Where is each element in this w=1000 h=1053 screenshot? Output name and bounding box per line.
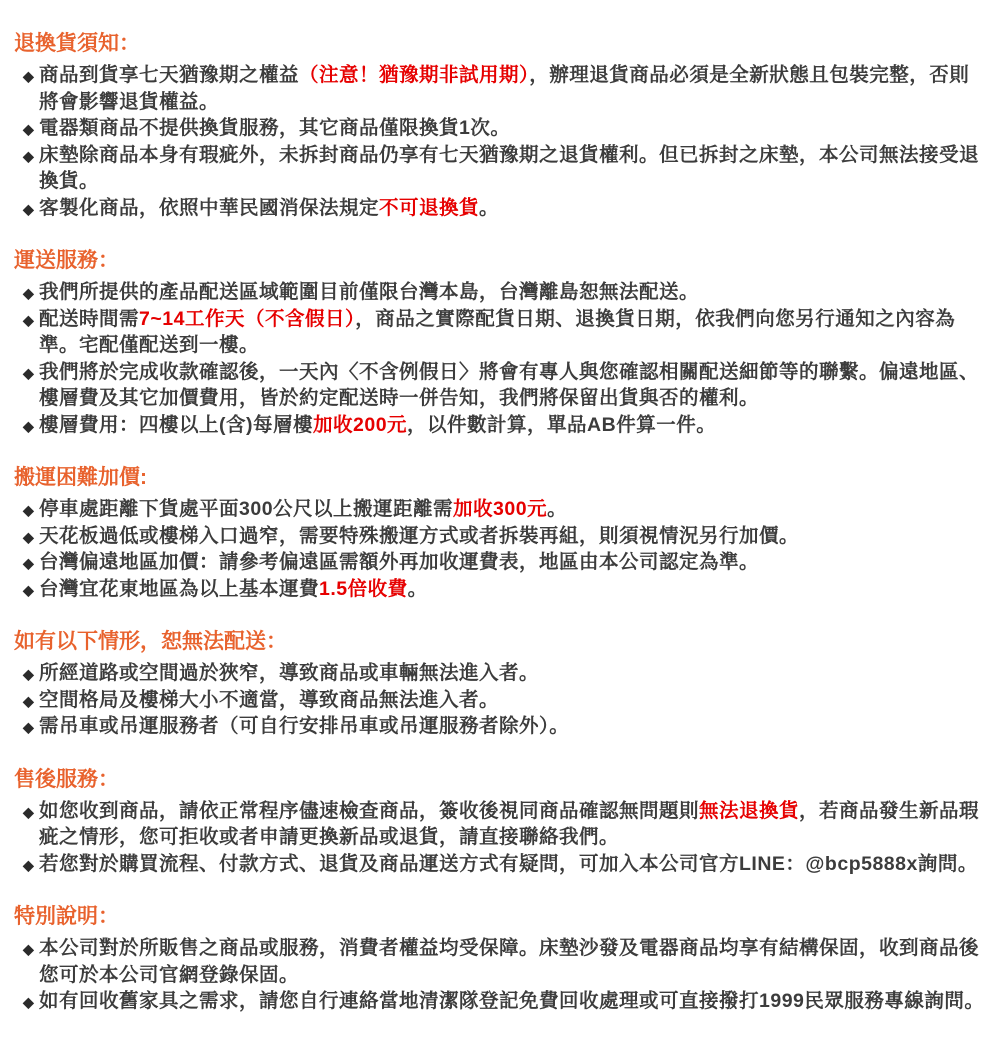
- diamond-bullet-icon: ◆: [23, 799, 34, 826]
- policy-bullet-item: ◆如您收到商品，請依正常程序儘速檢查商品，簽收後視同商品確認無問題則無法退換貨，…: [14, 798, 988, 851]
- return-policy-document: 退換貨須知：◆商品到貨享七天猶豫期之權益（注意！猶豫期非試用期），辦理退貨商品必…: [0, 0, 1000, 1053]
- policy-bullet-item: ◆本公司對於所販售之商品或服務，消費者權益均受保障。床墊沙發及電器商品均享有結構…: [14, 935, 988, 988]
- diamond-bullet-icon: ◆: [23, 577, 34, 604]
- diamond-bullet-icon: ◆: [23, 497, 34, 524]
- policy-bullet-item: ◆若您對於購買流程、付款方式、退貨及商品運送方式有疑問，可加入本公司官方LINE…: [14, 851, 988, 878]
- policy-bullet-item: ◆電器類商品不提供換貨服務，其它商品僅限換貨1次。: [14, 115, 988, 142]
- policy-section: 退換貨須知：◆商品到貨享七天猶豫期之權益（注意！猶豫期非試用期），辦理退貨商品必…: [14, 30, 988, 221]
- diamond-bullet-icon: ◆: [23, 307, 34, 334]
- body-text: 空間格局及樓梯大小不適當，導致商品無法進入者。: [39, 689, 499, 711]
- body-text: 台灣宜花東地區為以上基本運費: [39, 578, 319, 600]
- section-heading: 售後服務：: [14, 766, 988, 793]
- body-text: 所經道路或空間過於狹窄，導致商品或車輛無法進入者。: [39, 662, 539, 684]
- policy-bullet-item: ◆台灣偏遠地區加價：請參考偏遠區需額外再加收運費表，地區由本公司認定為準。: [14, 549, 988, 576]
- policy-bullet-item: ◆商品到貨享七天猶豫期之權益（注意！猶豫期非試用期），辦理退貨商品必須是全新狀態…: [14, 62, 988, 115]
- diamond-bullet-icon: ◆: [23, 280, 34, 307]
- policy-section: 如有以下情形，恕無法配送：◆所經道路或空間過於狹窄，導致商品或車輛無法進入者。◆…: [14, 628, 988, 740]
- policy-sections: 退換貨須知：◆商品到貨享七天猶豫期之權益（注意！猶豫期非試用期），辦理退貨商品必…: [14, 30, 988, 1015]
- body-text: 台灣偏遠地區加價：請參考偏遠區需額外再加收運費表，地區由本公司認定為準。: [39, 551, 759, 573]
- diamond-bullet-icon: ◆: [23, 413, 34, 440]
- diamond-bullet-icon: ◆: [23, 360, 34, 387]
- section-heading: 搬運困難加價:: [14, 464, 988, 491]
- diamond-bullet-icon: ◆: [23, 989, 34, 1016]
- body-text: 。: [479, 197, 499, 219]
- highlighted-text: （注意！猶豫期非試用期）: [299, 64, 529, 86]
- highlighted-text: 7~14工作天（不含假日）: [139, 308, 355, 330]
- policy-bullet-item: ◆配送時間需7~14工作天（不含假日），商品之實際配貨日期、退換貨日期，依我們向…: [14, 306, 988, 359]
- body-text: 。: [408, 578, 428, 600]
- body-text: 床墊除商品本身有瑕疵外，未拆封商品仍享有七天猶豫期之退貨權利。但已拆封之床墊，本…: [39, 144, 979, 193]
- diamond-bullet-icon: ◆: [23, 196, 34, 223]
- section-heading: 如有以下情形，恕無法配送：: [14, 628, 988, 655]
- policy-bullet-item: ◆停車處距離下貨處平面300公尺以上搬運距離需加收300元。: [14, 496, 988, 523]
- body-text: 如您收到商品，請依正常程序儘速檢查商品，簽收後視同商品確認無問題則: [39, 800, 699, 822]
- policy-bullet-item: ◆我們所提供的產品配送區域範圍目前僅限台灣本島，台灣離島恕無法配送。: [14, 279, 988, 306]
- diamond-bullet-icon: ◆: [23, 714, 34, 741]
- body-text: 我們所提供的產品配送區域範圍目前僅限台灣本島，台灣離島恕無法配送。: [39, 281, 699, 303]
- section-heading: 退換貨須知：: [14, 30, 988, 57]
- section-heading: 特別說明：: [14, 903, 988, 930]
- diamond-bullet-icon: ◆: [23, 116, 34, 143]
- policy-section: 搬運困難加價:◆停車處距離下貨處平面300公尺以上搬運距離需加收300元。◆天花…: [14, 464, 988, 602]
- body-text: 樓層費用：四樓以上(含)每層樓: [39, 414, 313, 436]
- policy-bullet-item: ◆我們將於完成收款確認後，一天內〈不含例假日〉將會有專人與您確認相關配送細節等的…: [14, 359, 988, 412]
- diamond-bullet-icon: ◆: [23, 63, 34, 90]
- body-text: 商品到貨享七天猶豫期之權益: [39, 64, 299, 86]
- diamond-bullet-icon: ◆: [23, 143, 34, 170]
- diamond-bullet-icon: ◆: [23, 550, 34, 577]
- body-text: 客製化商品，依照中華民國消保法規定: [39, 197, 379, 219]
- policy-bullet-item: ◆所經道路或空間過於狹窄，導致商品或車輛無法進入者。: [14, 660, 988, 687]
- body-text: ，以件數計算，單品AB件算一件。: [407, 414, 716, 436]
- body-text: 需吊車或吊運服務者（可自行安排吊車或吊運服務者除外）。: [39, 715, 569, 737]
- policy-bullet-item: ◆樓層費用：四樓以上(含)每層樓加收200元，以件數計算，單品AB件算一件。: [14, 412, 988, 439]
- policy-bullet-item: ◆需吊車或吊運服務者（可自行安排吊車或吊運服務者除外）。: [14, 713, 988, 740]
- policy-bullet-item: ◆如有回收舊家具之需求，請您自行連絡當地清潔隊登記免費回收處理或可直接撥打199…: [14, 988, 988, 1015]
- highlighted-text: 加收300元: [453, 498, 547, 520]
- policy-bullet-item: ◆空間格局及樓梯大小不適當，導致商品無法進入者。: [14, 687, 988, 714]
- highlighted-text: 加收200元: [313, 414, 407, 436]
- body-text: 我們將於完成收款確認後，一天內〈不含例假日〉將會有專人與您確認相關配送細節等的聯…: [39, 361, 979, 410]
- policy-section: 特別說明：◆本公司對於所販售之商品或服務，消費者權益均受保障。床墊沙發及電器商品…: [14, 903, 988, 1015]
- policy-bullet-item: ◆台灣宜花東地區為以上基本運費1.5倍收費。: [14, 576, 988, 603]
- highlighted-text: 無法退換貨: [699, 800, 799, 822]
- diamond-bullet-icon: ◆: [23, 936, 34, 963]
- diamond-bullet-icon: ◆: [23, 661, 34, 688]
- highlighted-text: 1.5倍收費: [319, 578, 408, 600]
- body-text: 如有回收舊家具之需求，請您自行連絡當地清潔隊登記免費回收處理或可直接撥打1999…: [39, 990, 984, 1012]
- body-text: 配送時間需: [39, 308, 139, 330]
- diamond-bullet-icon: ◆: [23, 524, 34, 551]
- body-text: 停車處距離下貨處平面300公尺以上搬運距離需: [39, 498, 453, 520]
- body-text: 若您對於購買流程、付款方式、退貨及商品運送方式有疑問，可加入本公司官方LINE：…: [39, 853, 978, 875]
- body-text: 天花板過低或樓梯入口過窄，需要特殊搬運方式或者拆裝再組，則須視情況另行加價。: [39, 525, 799, 547]
- policy-section: 運送服務：◆我們所提供的產品配送區域範圍目前僅限台灣本島，台灣離島恕無法配送。◆…: [14, 247, 988, 438]
- policy-bullet-item: ◆床墊除商品本身有瑕疵外，未拆封商品仍享有七天猶豫期之退貨權利。但已拆封之床墊，…: [14, 142, 988, 195]
- section-heading: 運送服務：: [14, 247, 988, 274]
- highlighted-text: 不可退換貨: [379, 197, 479, 219]
- body-text: 本公司對於所販售之商品或服務，消費者權益均受保障。床墊沙發及電器商品均享有結構保…: [39, 937, 979, 986]
- body-text: 。: [547, 498, 567, 520]
- diamond-bullet-icon: ◆: [23, 852, 34, 879]
- policy-section: 售後服務：◆如您收到商品，請依正常程序儘速檢查商品，簽收後視同商品確認無問題則無…: [14, 766, 988, 878]
- diamond-bullet-icon: ◆: [23, 688, 34, 715]
- policy-bullet-item: ◆天花板過低或樓梯入口過窄，需要特殊搬運方式或者拆裝再組，則須視情況另行加價。: [14, 523, 988, 550]
- policy-bullet-item: ◆客製化商品，依照中華民國消保法規定不可退換貨。: [14, 195, 988, 222]
- body-text: 電器類商品不提供換貨服務，其它商品僅限換貨1次。: [39, 117, 510, 139]
